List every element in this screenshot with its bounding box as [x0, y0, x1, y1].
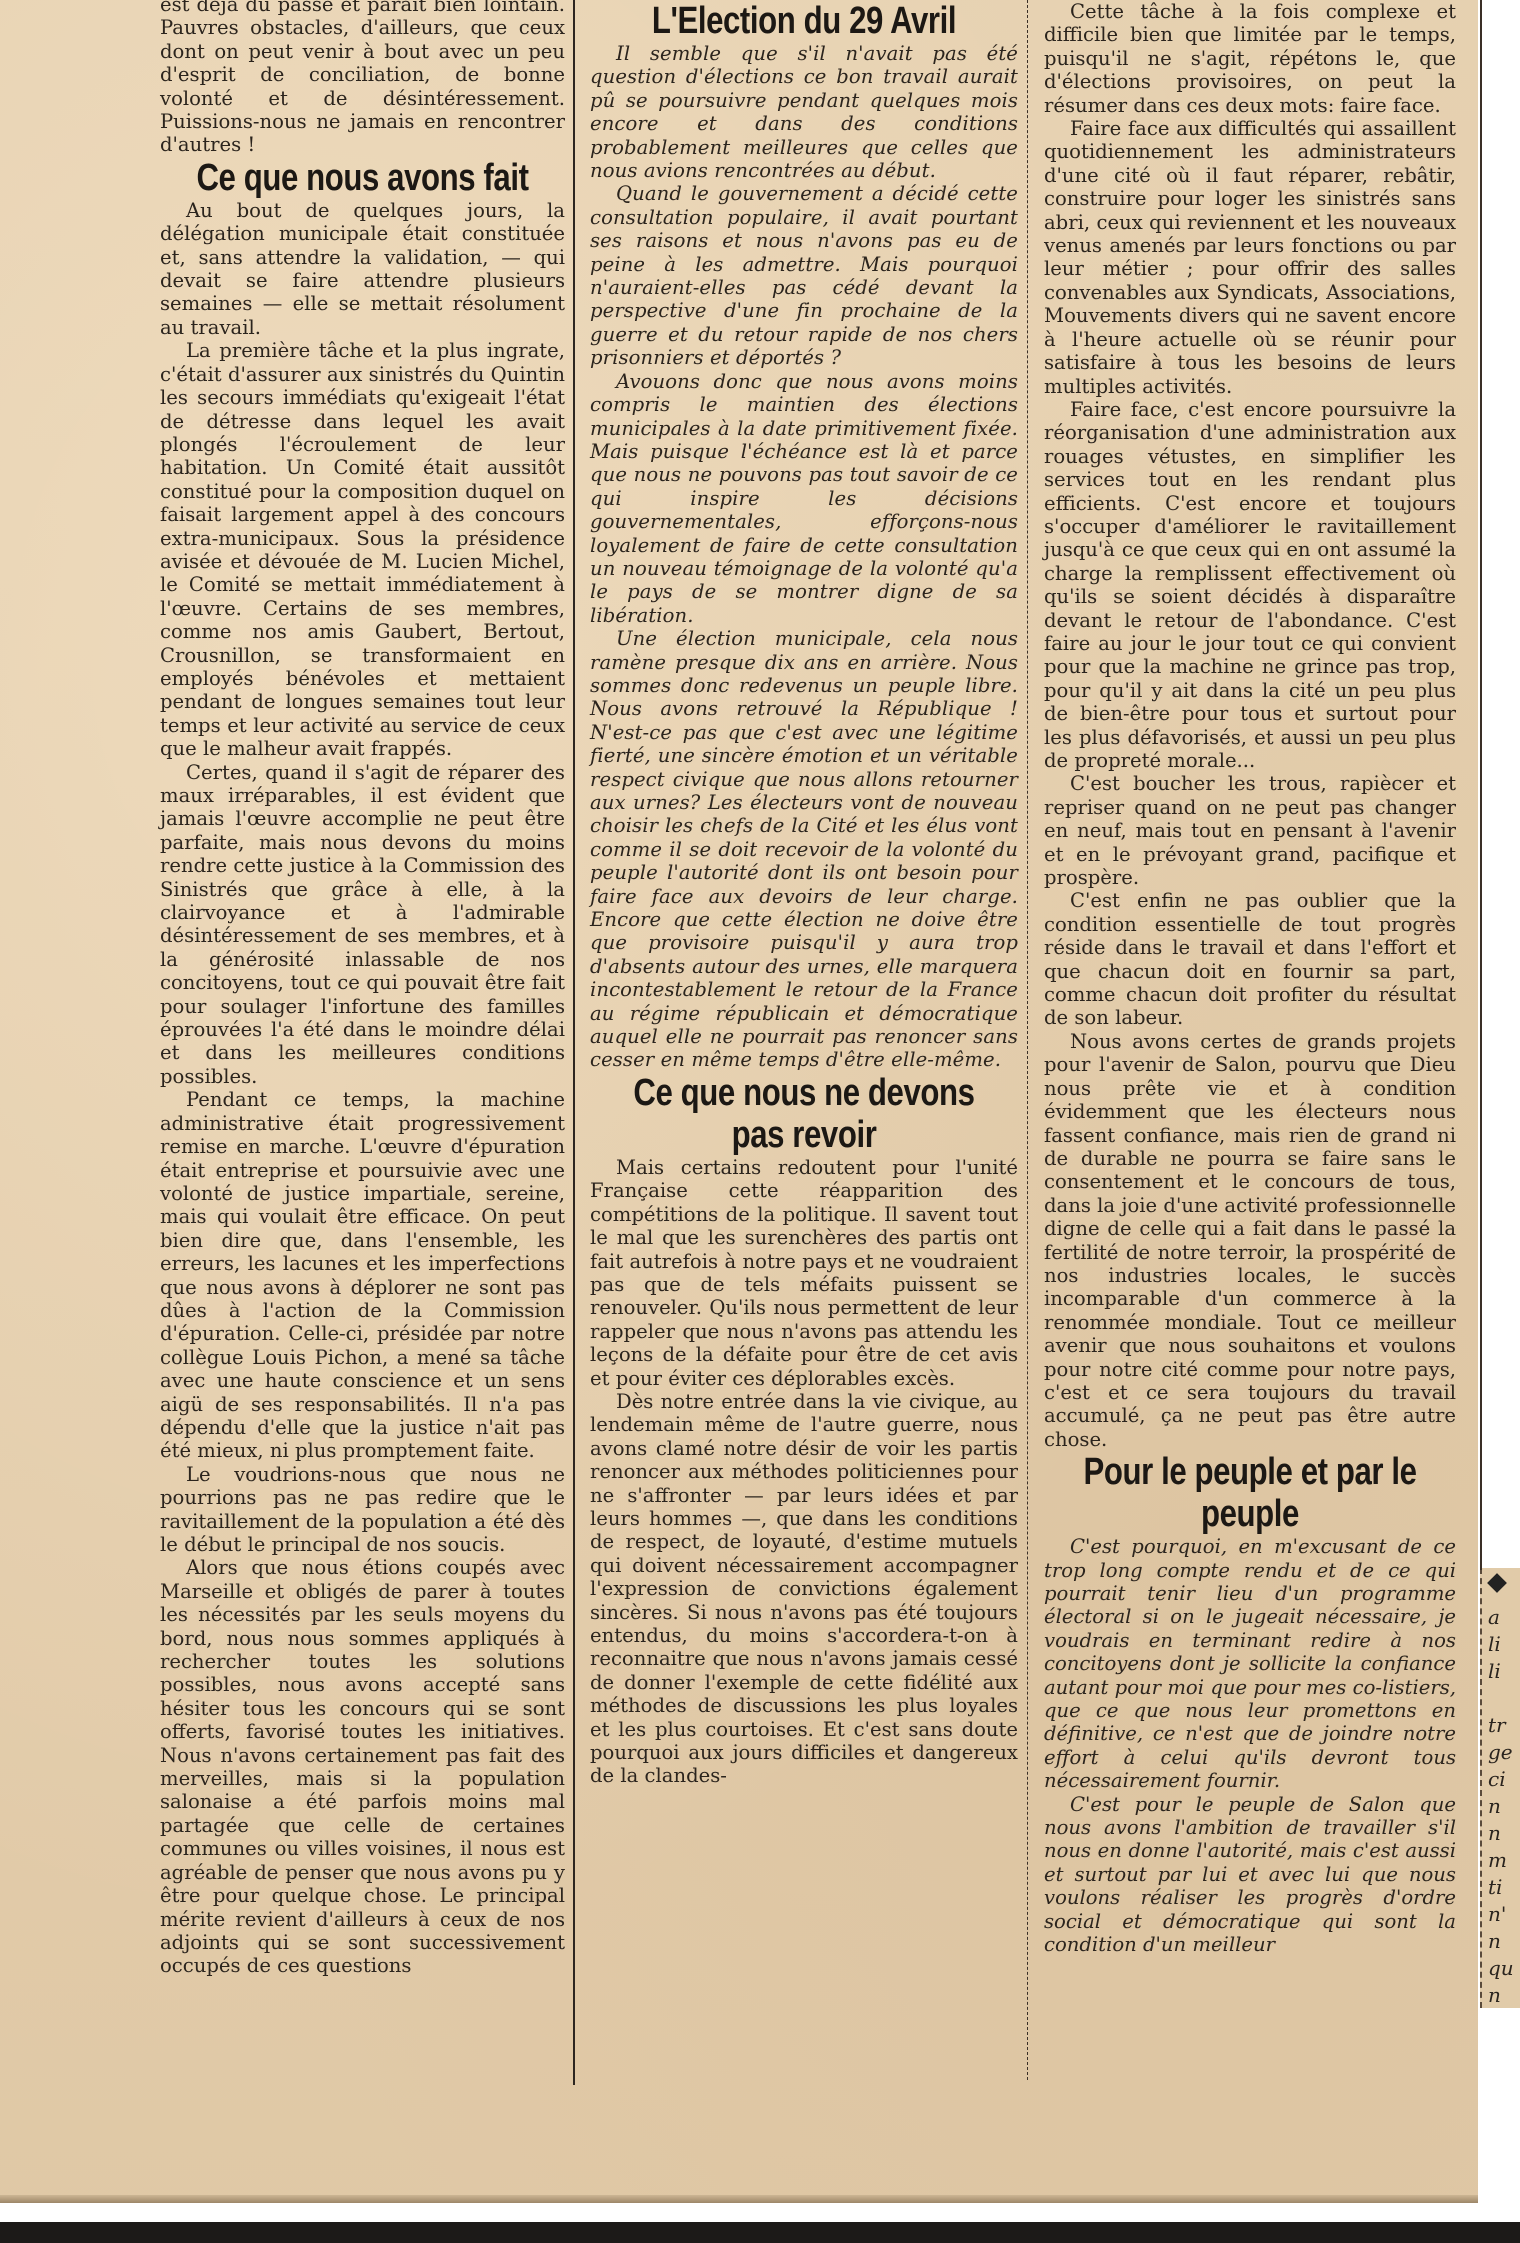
clipping-fragment: n' — [1482, 1901, 1520, 1928]
paragraph: Une élection municipale, cela nous ramèn… — [590, 627, 1018, 1072]
clipping-fragment: m — [1482, 1847, 1520, 1874]
section-body: Mais certains redoutent pour l'unité Fra… — [590, 1156, 1018, 1788]
bullet-diamond-icon — [1487, 1573, 1507, 1593]
column-rule — [573, 0, 575, 2085]
scan-edge-shadow — [0, 2222, 1520, 2243]
clipping-fragment: n — [1482, 1793, 1520, 1820]
adjacent-clipping-edge: alili trgecinnmtin'nqun — [1480, 1568, 1520, 2008]
column-rule — [1480, 0, 1482, 1570]
section-headline: Pour le peuple et par le peuple — [1081, 1451, 1419, 1535]
column-middle: L'Election du 29 Avril Il semble que s'i… — [590, 0, 1018, 1788]
section-body: Il semble que s'il n'avait pas été quest… — [590, 42, 1018, 1072]
paragraph: Mais certains redoutent pour l'unité Fra… — [590, 1156, 1018, 1390]
paragraph: Avouons donc que nous avons moins compri… — [590, 370, 1018, 627]
clipping-fragment: ge — [1482, 1739, 1520, 1766]
clipping-fragment: n — [1482, 1820, 1520, 1847]
column-right: Cette tâche à la fois complexe et diffic… — [1044, 0, 1456, 1957]
clipping-fragment: tr — [1482, 1712, 1520, 1739]
paragraph: Pendant ce temps, la machine administrat… — [160, 1088, 565, 1463]
clipping-fragment: n — [1482, 1928, 1520, 1955]
section-body: Au bout de quelques jours, la délégation… — [160, 199, 565, 1978]
paragraph: C'est pourquoi, en m'excusant de ce trop… — [1044, 1535, 1456, 1792]
paragraph: Dès notre entrée dans la vie civique, au… — [590, 1390, 1018, 1788]
article-text-continuation: est déjà du passé et paraît bien lointai… — [160, 0, 565, 157]
column-rule — [1027, 0, 1030, 2080]
clipping-fragment: ti — [1482, 1874, 1520, 1901]
clipping-fragment: qu — [1482, 1955, 1520, 1982]
section-headline: Ce que nous ne devons pas revoir — [629, 1072, 980, 1156]
paragraph: La première tâche et la plus ingrate, c'… — [160, 339, 565, 760]
clipping-fragment: n — [1482, 1982, 1520, 2009]
section-headline: L'Election du 29 Avril — [629, 0, 980, 42]
paragraph: Il semble que s'il n'avait pas été quest… — [590, 42, 1018, 182]
column-left: est déjà du passé et paraît bien lointai… — [160, 0, 565, 1978]
paragraph: Au bout de quelques jours, la délégation… — [160, 199, 565, 339]
paragraph: Cette tâche à la fois complexe et diffic… — [1044, 0, 1456, 117]
paragraph: Quand le gouvernement a décidé cette con… — [590, 182, 1018, 369]
paragraph: C'est boucher les trous, rapiècer et rep… — [1044, 772, 1456, 889]
section-body: C'est pourquoi, en m'excusant de ce trop… — [1044, 1535, 1456, 1956]
clipping-fragment: li — [1482, 1631, 1520, 1658]
clipping-fragment: li — [1482, 1658, 1520, 1685]
paragraph: Alors que nous étions coupés avec Marsei… — [160, 1556, 565, 1977]
section-body: Cette tâche à la fois complexe et diffic… — [1044, 0, 1456, 1451]
paragraph: C'est enfin ne pas oublier que la condit… — [1044, 889, 1456, 1029]
section-headline: Ce que nous avons fait — [196, 157, 528, 199]
clipping-fragment — [1482, 1685, 1520, 1712]
paragraph: C'est pour le peuple de Salon que nous a… — [1044, 1793, 1456, 1957]
paragraph: Le voudrions-nous que nous ne pourrions … — [160, 1463, 565, 1557]
paragraph: Nous avons certes de grands projets pour… — [1044, 1030, 1456, 1451]
clipping-fragment: a — [1482, 1604, 1520, 1631]
paragraph: Faire face aux difficultés qui assaillen… — [1044, 117, 1456, 398]
paragraph: Faire face, c'est encore poursuivre la r… — [1044, 398, 1456, 773]
clipping-fragment: ci — [1482, 1766, 1520, 1793]
paragraph: Certes, quand il s'agit de réparer des m… — [160, 761, 565, 1089]
